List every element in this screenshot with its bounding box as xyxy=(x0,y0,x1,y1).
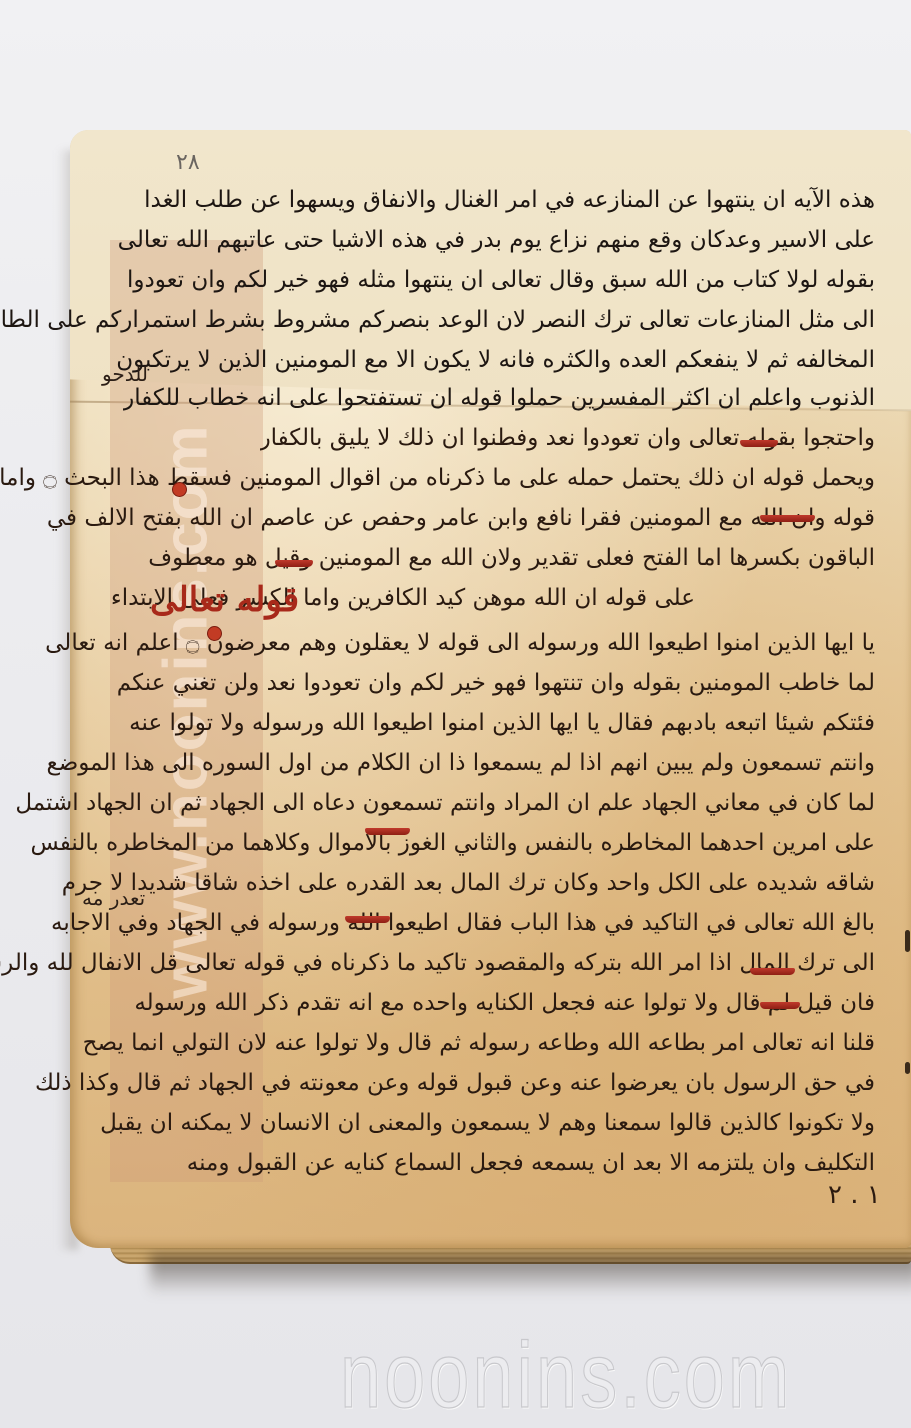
text-line: بقوله لولا كتاب من الله سبق وقال تعالى ا… xyxy=(127,267,875,293)
verse-marker-dot xyxy=(172,482,187,497)
text-line: التكليف وان يلتزمه الا بعد ان يسمعه فجعل… xyxy=(187,1150,875,1176)
red-overline xyxy=(365,828,410,835)
text-line: ويحمل قوله ان ذلك يحتمل حمله على ما ذكرن… xyxy=(0,465,875,491)
text-line: الى مثل المنازعات تعالى ترك النصر لان ال… xyxy=(0,307,875,333)
catchword: ١ . ٢ xyxy=(828,1180,881,1210)
red-overline xyxy=(345,916,390,923)
text-line: في حق الرسول بان يعرضوا عنه وعن قبول قول… xyxy=(35,1070,875,1096)
text-line: الذنوب واعلم ان اكثر المفسرين حملوا قوله… xyxy=(123,385,875,411)
text-line: ولا تكونوا كالذين قالوا سمعنا وهم لا يسم… xyxy=(100,1110,875,1136)
text-line: يا ايها الذين امنوا اطيعوا الله ورسوله ا… xyxy=(45,630,875,656)
text-line: فئتكم شيئا اتبعه بادبهم فقال يا ايها الذ… xyxy=(129,710,875,736)
red-overline xyxy=(275,560,313,567)
red-overline xyxy=(760,515,815,522)
verse-marker-dot xyxy=(207,626,222,641)
edge-mark xyxy=(905,1062,910,1074)
margin-note-upper: للدحو xyxy=(102,362,148,386)
text-line: لما كان في معاني الجهاد علم ان المراد وا… xyxy=(15,790,875,816)
text-line: المخالفه ثم لا ينفعكم العده والكثره فانه… xyxy=(116,347,875,373)
text-line: هذه الآيه ان ينتهوا عن المنازعه في امر ا… xyxy=(144,187,875,213)
text-line: على الاسير وعدكان وقع منهم نزاع يوم بدر … xyxy=(118,227,875,253)
margin-note-lower: تعدر مه xyxy=(82,886,145,910)
red-overline xyxy=(740,440,778,447)
text-line: واحتجوا بقوله تعالى وان تعودوا نعد وفطنو… xyxy=(260,425,875,451)
text-line: وانتم تسمعون ولم يبين انهم اذا لم يسمعوا… xyxy=(46,750,875,776)
text-line: قوله وان الله مع المومنين فقرا نافع وابن… xyxy=(47,505,875,531)
book-shadow-bottom xyxy=(150,1255,911,1295)
text-line: قلنا انه تعالى امر بطاعه الله وطاعه رسول… xyxy=(83,1030,875,1056)
text-line: بالغ الله تعالى في التاكيد في هذا الباب … xyxy=(51,910,875,936)
red-overline xyxy=(760,1002,800,1009)
text-line: الباقون بكسرها اما الفتح فعلى تقدير ولان… xyxy=(148,545,875,571)
edge-mark xyxy=(905,930,910,952)
red-overline xyxy=(750,968,795,975)
watermark-bottom: noonins.com xyxy=(340,1322,793,1428)
text-line: الى ترك المال اذا امر الله بتركه والمقصو… xyxy=(0,950,875,976)
text-line: على امرين احدهما المخاطره بالنفس والثاني… xyxy=(30,830,875,856)
rubric-heading: قوله تعالى xyxy=(150,580,299,620)
folio-number: ٢٨ xyxy=(176,150,200,175)
text-line: لما خاطب المومنين بقوله وان تنتهوا فهو خ… xyxy=(117,670,875,696)
text-line: شاقه شديده على الكل واحد وكان ترك المال … xyxy=(62,870,875,896)
